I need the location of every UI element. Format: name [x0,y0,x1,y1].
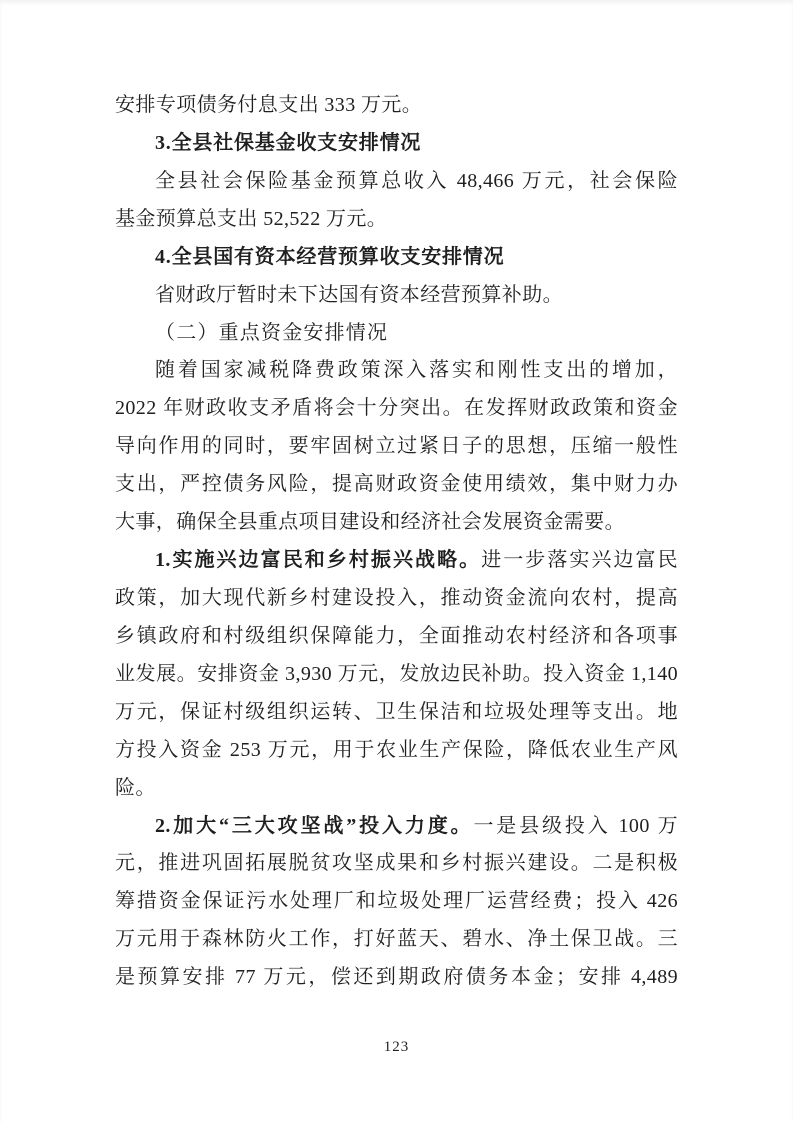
text-run: 基金预算总支出 52,522 万元。 [115,208,387,230]
text-line: 元，推进巩固拓展脱贫攻坚成果和乡村振兴建设。二是积极 [115,845,678,883]
text-line: （二）重点资金安排情况 [115,315,678,353]
text-line: 1.实施兴边富民和乡村振兴战略。进一步落实兴边富民 [115,542,678,580]
text-line: 是预算安排 77 万元，偿还到期政府债务本金；安排 4,489 [115,959,678,997]
text-line: 全县社会保险基金预算总收入 48,466 万元，社会保险 [115,163,678,201]
page-number: 123 [115,1036,678,1058]
text-run: 全县社会保险基金预算总收入 48,466 万元，社会保险 [155,170,678,192]
text-run: 省财政厅暂时未下达国有资本经营预算补助。 [155,284,563,306]
text-run: 支出，严控债务风险，提高财政资金使用绩效，集中财力办 [115,473,678,495]
text-line: 万元用于森林防火工作，打好蓝天、碧水、净土保卫战。三 [115,921,678,959]
text-run: 业发展。安排资金 3,930 万元，发放边民补助。投入资金 1,140 [115,663,678,685]
text-line: 政策，加大现代新乡村建设投入，推动资金流向农村，提高 [115,580,678,618]
text-run: 2.加大“三大攻坚战”投入力度。 [155,815,473,837]
text-run: （二）重点资金安排情况 [155,322,388,344]
text-line: 2.加大“三大攻坚战”投入力度。一是县级投入 100 万 [115,808,678,846]
text-run: 是预算安排 77 万元，偿还到期政府债务本金；安排 4,489 [115,966,678,988]
text-run: 乡镇政府和村级组织保障能力，全面推动农村经济和各项事 [115,625,678,647]
text-run: 安排专项债务付息支出 333 万元。 [115,94,422,116]
text-line: 大事，确保全县重点项目建设和经济社会发展资金需要。 [115,504,678,542]
text-run: 1.实施兴边富民和乡村振兴战略。 [155,549,481,571]
text-line: 省财政厅暂时未下达国有资本经营预算补助。 [115,277,678,315]
text-line: 乡镇政府和村级组织保障能力，全面推动农村经济和各项事 [115,618,678,656]
text-line: 基金预算总支出 52,522 万元。 [115,201,678,239]
text-run: 大事，确保全县重点项目建设和经济社会发展资金需要。 [115,511,625,533]
text-line: 支出，严控债务风险，提高财政资金使用绩效，集中财力办 [115,466,678,504]
text-block: 安排专项债务付息支出 333 万元。3.全县社保基金收支安排情况全县社会保险基金… [115,87,678,997]
text-run: 2022 年财政收支矛盾将会十分突出。在发挥财政政策和资金 [115,397,678,419]
text-line: 4.全县国有资本经营预算收支安排情况 [115,239,678,277]
text-line: 万元，保证村级组织运转、卫生保洁和垃圾处理等支出。地 [115,694,678,732]
document-page: 安排专项债务付息支出 333 万元。3.全县社保基金收支安排情况全县社会保险基金… [0,0,793,1122]
text-run: 政策，加大现代新乡村建设投入，推动资金流向农村，提高 [115,587,678,609]
text-line: 方投入资金 253 万元，用于农业生产保险，降低农业生产风 [115,732,678,770]
text-run: 一是县级投入 100 万 [473,815,678,837]
text-run: 4.全县国有资本经营预算收支安排情况 [155,246,504,268]
text-line: 安排专项债务付息支出 333 万元。 [115,87,678,125]
text-run: 3.全县社保基金收支安排情况 [155,132,421,154]
text-run: 万元用于森林防火工作，打好蓝天、碧水、净土保卫战。三 [115,928,678,950]
text-line: 2022 年财政收支矛盾将会十分突出。在发挥财政政策和资金 [115,390,678,428]
text-run: 险。 [115,777,156,799]
text-run: 导向作用的同时，要牢固树立过紧日子的思想，压缩一般性 [115,435,678,457]
text-run: 筹措资金保证污水处理厂和垃圾处理厂运营经费；投入 426 [115,890,678,912]
text-run: 随着国家减税降费政策深入落实和刚性支出的增加， [155,359,678,381]
text-line: 险。 [115,770,678,808]
text-run: 万元，保证村级组织运转、卫生保洁和垃圾处理等支出。地 [115,701,678,723]
text-line: 导向作用的同时，要牢固树立过紧日子的思想，压缩一般性 [115,428,678,466]
text-run: 元，推进巩固拓展脱贫攻坚成果和乡村振兴建设。二是积极 [115,852,678,874]
text-line: 筹措资金保证污水处理厂和垃圾处理厂运营经费；投入 426 [115,883,678,921]
text-run: 方投入资金 253 万元，用于农业生产保险，降低农业生产风 [115,739,678,761]
text-line: 3.全县社保基金收支安排情况 [115,125,678,163]
text-line: 业发展。安排资金 3,930 万元，发放边民补助。投入资金 1,140 [115,656,678,694]
text-run: 进一步落实兴边富民 [481,549,678,571]
text-line: 随着国家减税降费政策深入落实和刚性支出的增加， [115,352,678,390]
